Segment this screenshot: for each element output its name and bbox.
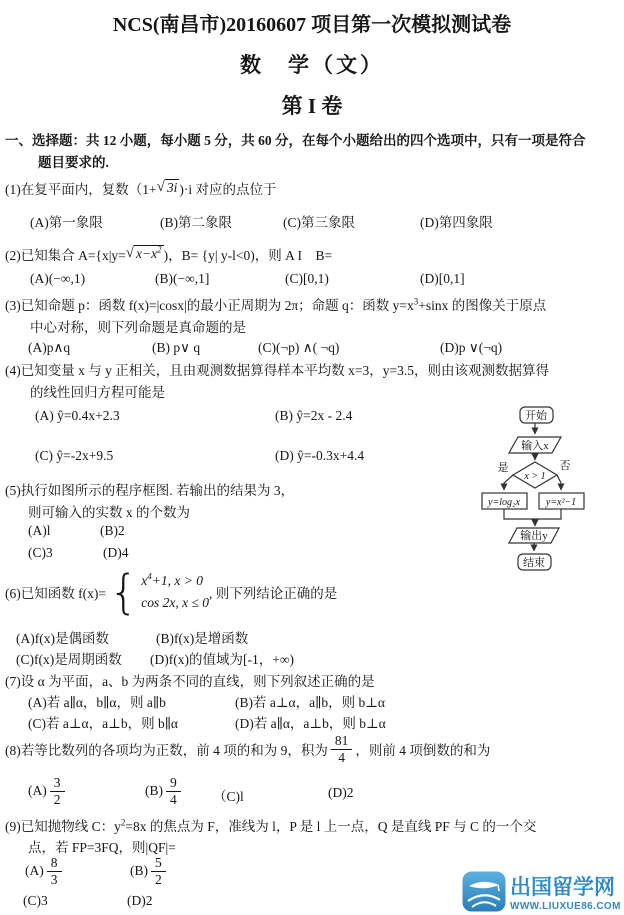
logo-icon [462,871,506,912]
flowchart-yes-label: 是 [498,461,509,474]
question-4-stem-line1: (4)已知变量 x 与 y 正相关，且由观测数据算得样本平均数 x=3，y=3.… [5,359,549,379]
q2-option-b: (B)(−∞,1] [155,271,209,287]
flowchart-start-label: 开始 [525,408,548,422]
flowchart-left-branch-label: y=log₂x [487,497,520,508]
q2-option-a: (A)(−∞,1) [30,271,85,287]
question-4-stem-line2: 的线性回归方程可能是 [30,381,165,401]
program-flowchart: 开始 输入x x > 1 是 否 y=log₂x y=x²−1 输出y 结束 [473,399,623,579]
q1-text-post: )·i 对应的点位于 [179,178,276,198]
numerator: 9 [166,775,181,792]
q9-text-pre: (9)已知抛物线 C：y [5,819,121,834]
q1-option-d: (D)第四象限 [420,211,493,231]
q4-option-a: (A) ŷ=0.4x+2.3 [35,408,120,424]
q8-option-b: (B) 94 [145,772,184,810]
page-title: NCS(南昌市)20160607 项目第一次模拟测试卷 [0,8,624,37]
q8-option-a-label: (A) [28,783,47,799]
section-title: 第 I 卷 [0,90,624,120]
q4-option-c: (C) ŷ=-2x+9.5 [35,448,113,464]
q5-option-b: (B)2 [100,523,125,539]
flowchart-input-label: 输入x [521,438,549,452]
question-3-stem-line2: 中心对称，则下列命题是真命题的是 [30,316,246,336]
q3-text-post: +sinx 的图像关于原点 [418,298,546,313]
q8-fraction: 814 [331,733,353,765]
question-7-stem: (7)设 α 为平面，a、b 为两条不同的直线，则下列叙述正确的是 [5,670,375,690]
denominator: 3 [47,872,62,888]
q9-text-post: =8x 的焦点为 F，准线为 l，P 是 l 上一点，Q 是直线 PF 与 C … [125,819,536,834]
q8-fraction-numerator: 81 [331,733,353,750]
q4-option-d: (D) ŷ=-0.3x+4.4 [275,448,364,464]
site-logo: 出国留学网 WWW.LIUXUE86.COM [462,871,624,913]
radical-sign: √ [126,245,134,262]
q1-sqrt-content: 3i [165,179,180,196]
q8-text-pre: (8)若等比数列的各项均为正数，前 4 项的和为 9，积为 [5,739,328,759]
q9-option-a-fraction: 83 [47,855,62,887]
subject-title: 数 学（文） [0,49,624,79]
question-3-stem-line1: (3)已知命题 p：函数 f(x)=|cosx|的最小正周期为 2π；命题 q：… [5,294,546,314]
q8-fraction-denominator: 4 [334,750,349,766]
question-6-stem: (6)已知函数 f(x)= { x4+1, x > 0 cos 2x, x ≤ … [5,566,337,618]
q1-option-c: (C)第三象限 [283,211,355,231]
denominator: 2 [151,872,166,888]
q6-text-pre: (6)已知函数 f(x)= [5,582,106,602]
q3-option-b: (B) p∨ q [152,340,200,356]
q5-option-c: (C)3 [28,545,53,561]
q6-case1: x4+1, x > 0 [141,570,209,592]
radical-sign: √ [157,179,165,196]
q7-option-a: (A)若 a∥α，b∥α，则 a∥b [28,691,166,711]
q5-option-a: (A)l [28,523,51,539]
instructions-line2: 题目要求的. [38,151,109,171]
logo-name: 出国留学网 [510,871,621,901]
q9-option-b-label: (B) [130,863,148,879]
question-5-stem-line1: (5)执行如图所示的程序框图. 若输出的结果为 3， [5,479,294,499]
q1-text-pre: (1)在复平面内，复数（1+ [5,178,157,198]
q9-option-a-label: (A) [25,863,44,879]
q9-option-c: (C)3 [23,893,48,909]
q1-option-a: (A)第一象限 [30,211,103,231]
q8-option-b-fraction: 94 [166,775,181,807]
flowchart-end-label: 结束 [523,555,545,569]
q8-text-post: ，则前 4 项倒数的和为 [355,739,490,759]
q6-option-b: (B)f(x)是增函数 [156,627,248,647]
q8-option-a-fraction: 32 [50,775,65,807]
q2-sqrt-content: x−x2 [134,245,164,262]
flowchart-right-branch-label: y=x²−1 [545,497,576,508]
q1-option-b: (B)第二象限 [160,211,232,231]
q6-case1-rest: +1, x > 0 [152,573,203,588]
flowchart-no-label: 否 [560,459,571,472]
q5-option-d: (D)4 [103,545,129,561]
sqrt-expression: √x−x2 [126,245,164,262]
q7-option-b: (B)若 a⊥α，a∥b，则 b⊥α [235,691,385,711]
piecewise-cases: x4+1, x > 0 cos 2x, x ≤ 0 [141,570,209,613]
numerator: 8 [47,855,62,872]
q9-option-d: (D)2 [127,893,153,909]
q6-option-c: (C)f(x)是周期函数 [16,648,122,668]
flowchart-condition-label: x > 1 [523,471,545,482]
q2-option-d: (D)[0,1] [420,271,465,287]
q9-option-b-fraction: 52 [151,855,166,887]
q4-option-b: (B) ŷ=2x - 2.4 [275,408,352,424]
numerator: 5 [151,855,166,872]
denominator: 4 [166,792,181,808]
question-9-stem-line1: (9)已知抛物线 C：y2=8x 的焦点为 F，准线为 l，P 是 l 上一点，… [5,815,536,835]
flowchart-output-label: 输出y [520,528,548,542]
q2-text-post: )，B= {y| y-l<0)，则 A I B= [164,244,333,264]
q3-option-d: (D)p ∨(¬q) [440,340,502,356]
question-8-stem: (8)若等比数列的各项均为正数，前 4 项的和为 9，积为 814 ，则前 4 … [5,728,490,770]
q3-option-a: (A)p∧q [28,340,70,356]
q6-option-d: (D)f(x)的值域为[-1，+∞) [150,648,294,668]
q8-option-d: (D)2 [328,785,354,801]
q3-text-pre: (3)已知命题 p：函数 f(x)=|cosx|的最小正周期为 2π；命题 q：… [5,298,414,313]
sqrt-expression: √3i [157,179,180,196]
q9-option-a: (A) 83 [25,852,65,890]
q8-option-a: (A) 32 [28,772,68,810]
q2-option-c: (C)[0,1) [285,271,329,287]
q2-text-pre: (2)已知集合 A={x|y= [5,244,126,264]
q8-option-c: （C)l [213,785,244,805]
q2-sqrt-exponent: 2 [157,245,162,255]
logo-url: WWW.LIUXUE86.COM [510,901,621,912]
q9-option-b: (B) 52 [130,852,169,890]
numerator: 3 [50,775,65,792]
q3-option-c: (C)(¬p) ∧( ¬q) [258,340,339,356]
question-2-stem: (2)已知集合 A={x|y=√x−x2 )，B= {y| y-l<0)，则 A… [5,241,332,267]
q6-case2: cos 2x, x ≤ 0 [141,592,209,614]
q6-text-post: , 则下列结论正确的是 [209,582,337,602]
question-5-stem-line2: 则可输入的实数 x 的个数为 [28,501,190,521]
q8-option-b-label: (B) [145,783,163,799]
instructions-line1: 一、选择题：共 12 小题，每小题 5 分，共 60 分，在每个小题给出的四个选… [5,129,586,149]
q6-option-a: (A)f(x)是偶函数 [16,627,109,647]
q2-sqrt-base: x−x [136,246,157,261]
denominator: 2 [50,792,65,808]
question-1-stem: (1)在复平面内，复数（1+√3i)·i 对应的点位于 [5,177,276,199]
piecewise-brace: { [109,569,138,615]
exam-paper-page: NCS(南昌市)20160607 项目第一次模拟测试卷 数 学（文） 第 I 卷… [0,0,624,915]
